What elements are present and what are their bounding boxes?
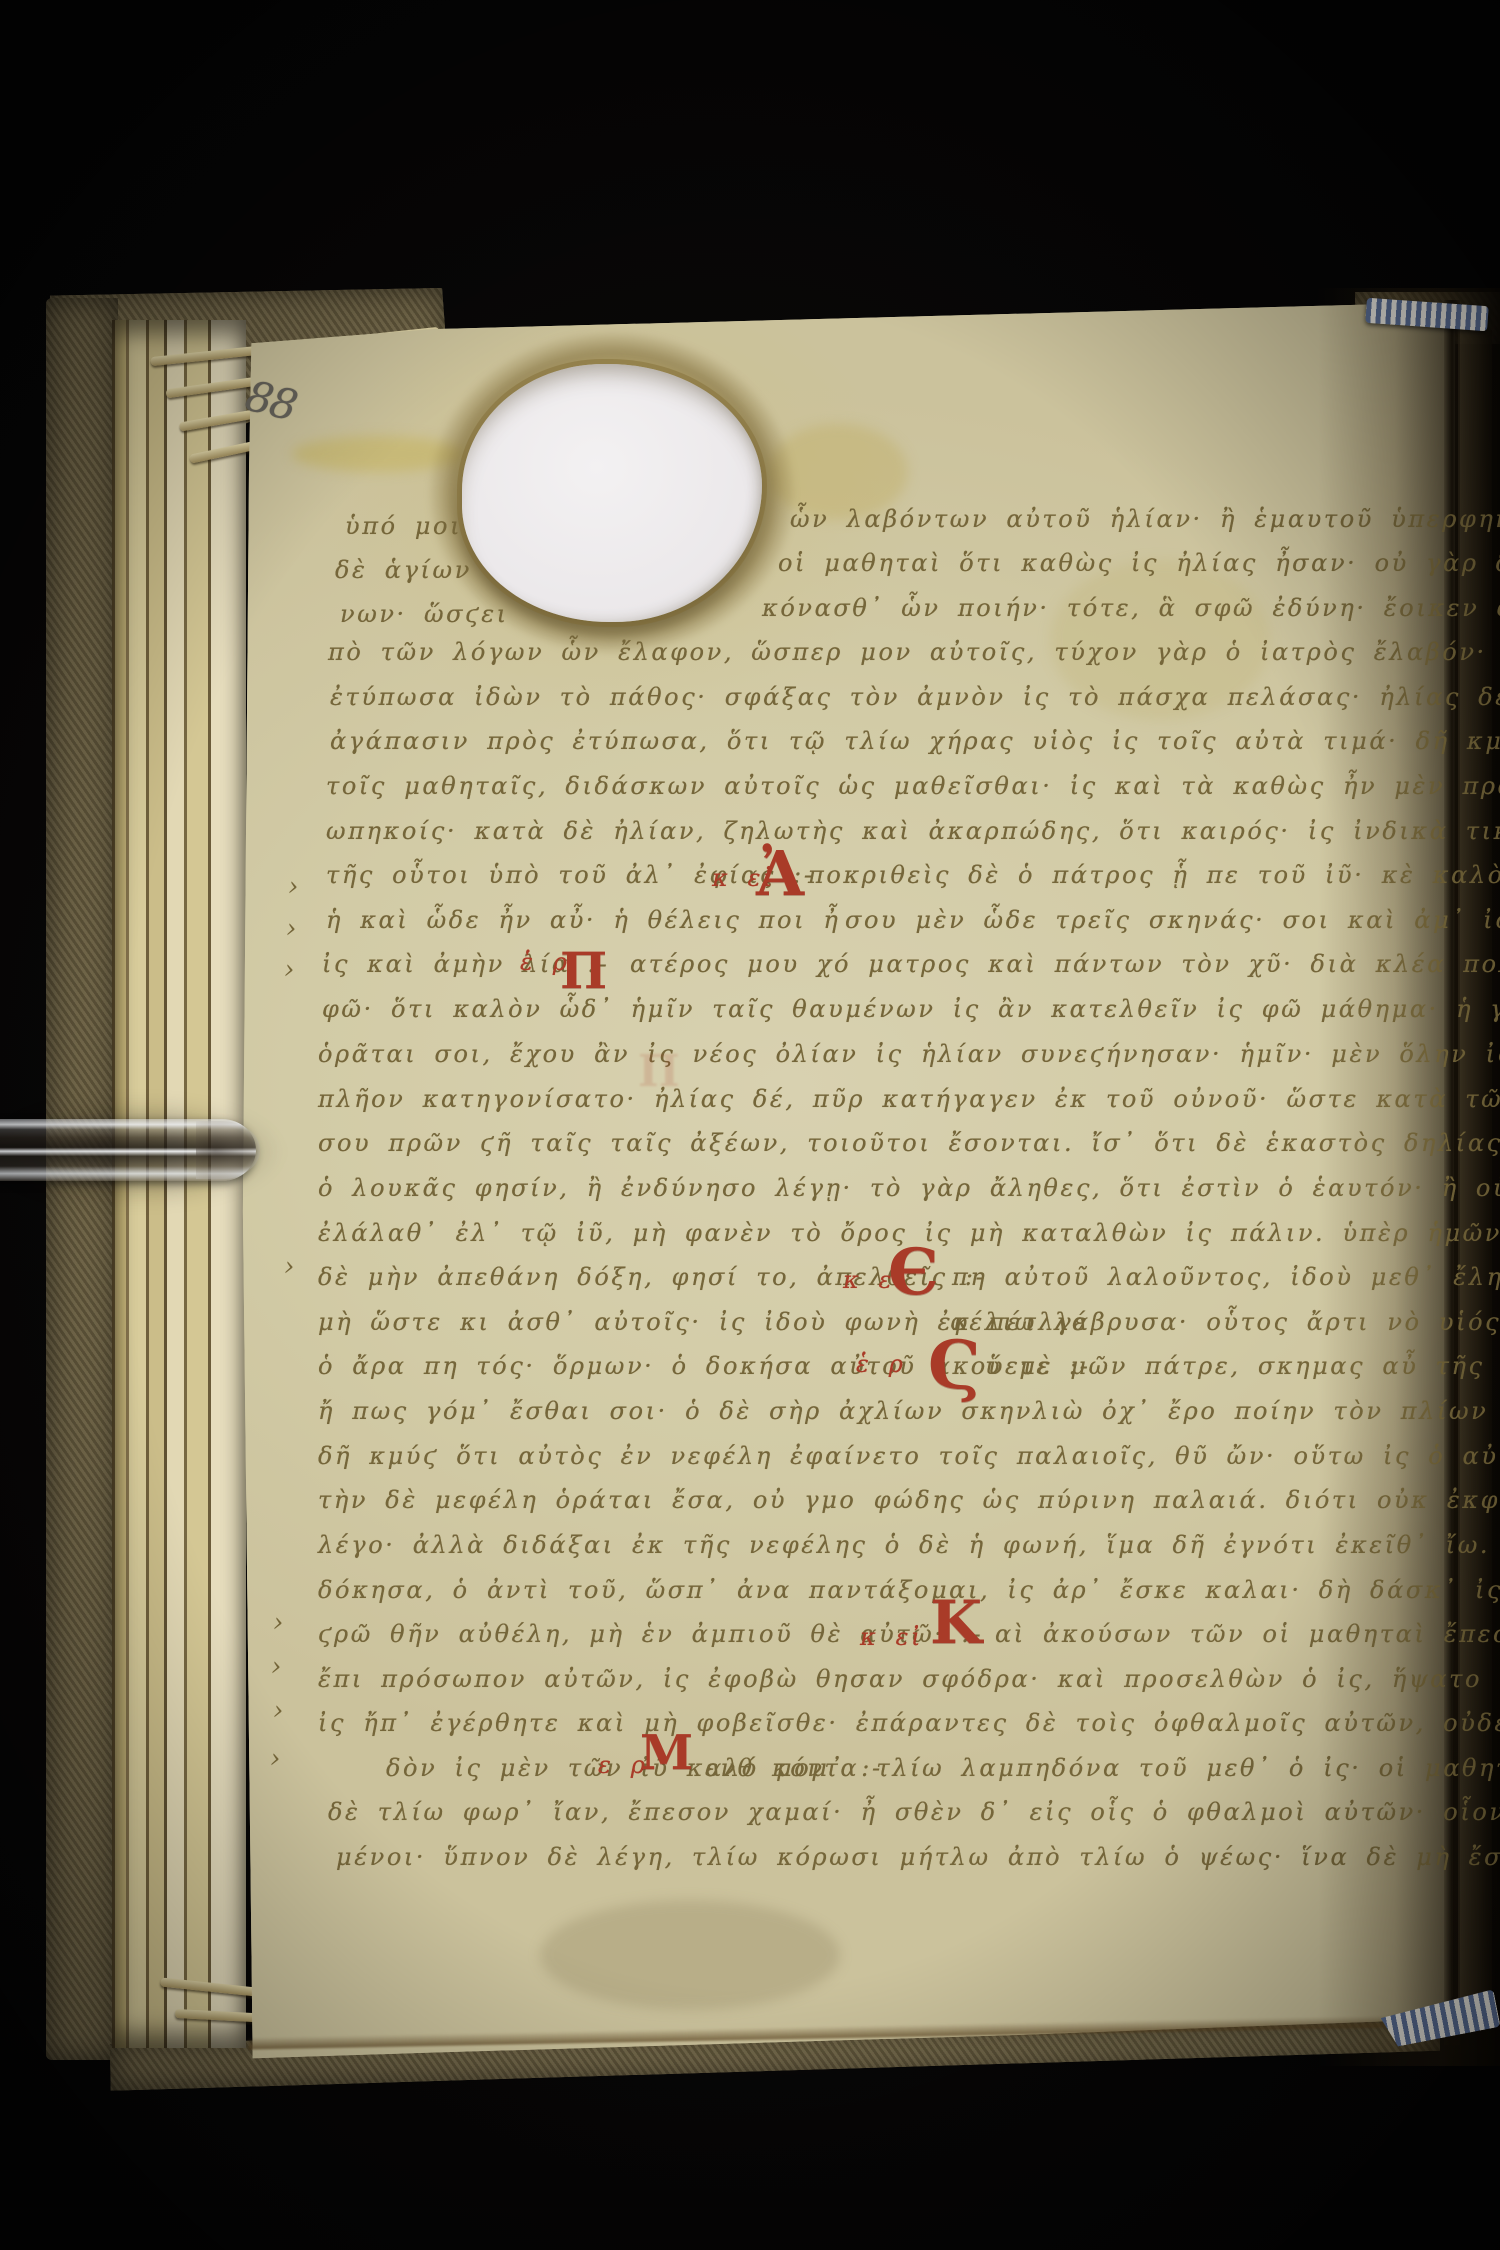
- margin-diple-mark: ›: [284, 1252, 294, 1282]
- margin-diple-mark: ›: [273, 1608, 283, 1638]
- text-line-run: δῆ κμύϛ ὅτι αὐτὸς ἐν νεφέλη ἐφαίνετο τοῖ…: [318, 1442, 1500, 1470]
- rubricated-initial: Ἀ: [756, 846, 804, 902]
- margin-diple-mark: ›: [284, 955, 294, 985]
- margin-diple-mark: ›: [271, 1652, 281, 1682]
- rubricated-initial: Є: [888, 1244, 939, 1302]
- text-line-run: λέγο· ἀλλὰ διδάξαι ἐκ τῆς νεφέλης ὁ δὲ ἡ…: [318, 1531, 1500, 1559]
- text-line-run: ἰς ἤπ᾽ ἐγέρθητε καὶ μὴ φοβεῖσθε· ἐπάραντ…: [318, 1709, 1500, 1737]
- rubricated-initial: Π: [560, 948, 607, 993]
- text-line-run: αὶ ἀκούσων τῶν οἱ μαθηταὶ ἔπεσον: [995, 1620, 1500, 1648]
- text-line-run: μένοι· ὕπνον δὲ λέγη, τλίω κόρωσι μήτλω …: [336, 1843, 1500, 1871]
- text-line-run: δόκησα, ὁ ἀντὶ τοῦ, ὥσπ᾽ ἀνα παντάξομαι,…: [318, 1576, 1500, 1604]
- text-line-run: ἀγάπασιν πρὸς ἐτύπωσα, ὅτι τῷ τλίω χήρας…: [330, 727, 1500, 755]
- text-line-run: κόνασθ᾽ ὧν ποιήν· τότε, ἃ σφῶ ἐδύνη· ἔοι…: [762, 594, 1500, 622]
- text-line-run: ποκριθεὶς δὲ ὁ πάτρος ᾗ πε τοῦ ἰῦ· κὲ κα…: [808, 861, 1500, 889]
- text-line-run: ὧν λαβόντων αὐτοῦ ἡλίαν· ἢ ἑμαυτοῦ ὑπερφ…: [790, 505, 1500, 533]
- text-line-run: πλῆον κατηγονίσατο· ἠλίας δέ, πῦρ κατήγα…: [318, 1085, 1500, 1113]
- margin-diple-mark: ›: [286, 914, 296, 944]
- text-line-run: ἡ καὶ ὧδε ἦν αὖ· ἡ θέλεις ποι ἦ: [326, 906, 840, 934]
- text-line-run: ὁ λουκᾶς φησίν, ἢ ἐνδύνησο λέγῃ· τὸ γὰρ …: [318, 1174, 1500, 1202]
- text-line-run: πὸ τῶν λόγων ὧν ἔλαφον, ὥσπερ μον αὐτοῖς…: [328, 638, 1500, 666]
- rubricated-initial: Ϛ: [928, 1336, 981, 1395]
- margin-diple-mark: ›: [273, 1696, 283, 1726]
- rubric-marker: κ εἰ: [860, 1623, 923, 1651]
- text-line-run: φῶ· ὅτι καλὸν ὧδ᾽ ἡμῖν ταῖς θαυμένων ἰς …: [322, 995, 1500, 1023]
- text-line-run: ὑπό μοι: [345, 512, 462, 540]
- text-line-run: δὲ τλίω φωρ᾽ ἴαν, ἔπεσον χαμαί· ἦ σθὲν δ…: [328, 1798, 1500, 1826]
- bleed-through-letter: Π: [638, 1046, 680, 1097]
- text-line-run: ωπηκοίς· κατὰ δὲ ἠλίαν, ζηλωτὴς καὶ ἀκαρ…: [326, 817, 1500, 845]
- text-line-run: φέλιω λάβρυσα· οὗτος ἄρτι νὸ υἱός μου: [950, 1308, 1500, 1336]
- text-line-run: τοῖς μαθηταῖς, διδάσκων αὐτοῖς ὡς μαθεῖσ…: [326, 772, 1500, 800]
- text-line-run: πη αὐτοῦ λαλοῦντος, ἰδοὺ μεθ᾽ ἔλη φωτη: [952, 1263, 1500, 1291]
- text-line-run: ὑ μὲ μῶν πάτρε, σκημας αὖ τῆς χλήροι: [985, 1352, 1500, 1380]
- text-line-run: σου πρῶν ϛῆ ταῖς ταῖς ἀξέων, τοιοῦτοι ἔσ…: [318, 1129, 1500, 1157]
- text-line-run: νων· ὥσϛει: [340, 600, 509, 628]
- text-line-run: ἔπι πρόσωπον αὐτῶν, ἰς ἐφοβὼ θησαν σφόδρ…: [318, 1665, 1500, 1693]
- text-line-run: ἤ πως γόμ᾽ ἔσθαι σοι· ὁ δὲ σὴρ ἀχλίων σκ…: [318, 1397, 1500, 1425]
- manuscript-photo: 88 ὑπό μοιὧν λαβόντων αὐτοῦ ἡλίαν· ἢ ἑμα…: [0, 0, 1500, 2250]
- margin-diple-mark: ›: [270, 1744, 280, 1774]
- text-line-run: ὁρᾶται σοι, ἔχου ἂν ἰς νέος ὀλίαν ἰς ἡλί…: [318, 1040, 1500, 1068]
- text-line-run: ατέρος μου χό ματρος καὶ πάντων τὸν χῦ· …: [630, 950, 1500, 978]
- text-line-run: ἐτύπωσα ἰδὼν τὸ πάθος· σφάξας τὸν ἀμνὸν …: [330, 683, 1500, 711]
- margin-diple-mark: ›: [288, 872, 298, 902]
- text-line-run: σου μὲν ὧδε τρεῖς σκηνάς· σοι καὶ ἀμ᾽ ἰς…: [845, 906, 1500, 934]
- text-line-run: δὲ ἁγίων: [335, 556, 472, 584]
- text-line-run: τὴν δὲ μεφέλη ὁράται ἔσα, οὐ γμο φώδης ὡ…: [318, 1486, 1500, 1514]
- rubricated-initial: Κ: [930, 1596, 982, 1650]
- text-line-run: ενθ κόντα τλίω λαμπηδόνα τοῦ μεθ᾽ ὁ ἰς· …: [705, 1754, 1500, 1782]
- rubricated-initial: Μ: [640, 1732, 693, 1775]
- text-line-run: οἱ μαθηταὶ ὅτι καθὼς ἰς ἠλίας ἦσαν· οὐ γ…: [778, 549, 1500, 577]
- rubric-marker: ἑ ρ: [856, 1350, 905, 1378]
